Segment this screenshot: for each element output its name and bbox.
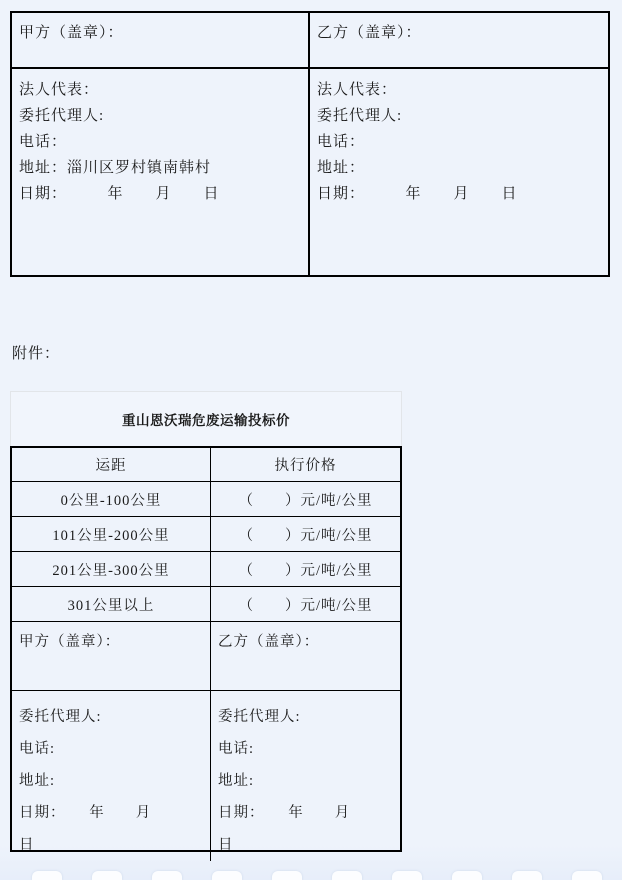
bid-row-distance: 201公里-300公里 bbox=[12, 552, 210, 587]
party-a-legal-rep: 法人代表： bbox=[19, 77, 302, 103]
bid-party-a-address: 地址: bbox=[19, 765, 204, 797]
keyboard-key-top[interactable] bbox=[512, 871, 542, 880]
bid-row-distance: 301公里以上 bbox=[12, 587, 210, 622]
keyboard-key-top[interactable] bbox=[212, 871, 242, 880]
party-b-phone: 电话： bbox=[317, 129, 602, 155]
party-b-details-cell: 法人代表： 委托代理人: 电话： 地址： 日期： 年 月 日 bbox=[310, 69, 608, 275]
keyboard-key-top[interactable] bbox=[452, 871, 482, 880]
party-b-legal-rep: 法人代表： bbox=[317, 77, 602, 103]
party-b-seal-cell: 乙方（盖章）： bbox=[310, 13, 608, 69]
bid-party-b-date: 日期： 年 月 日 bbox=[218, 797, 394, 861]
bid-row-distance: 0公里-100公里 bbox=[12, 482, 210, 517]
party-b-address: 地址： bbox=[317, 155, 602, 181]
party-a-seal-cell: 甲方（盖章）： bbox=[12, 13, 310, 69]
bid-party-a-phone: 电话: bbox=[19, 733, 204, 765]
keyboard-key-row bbox=[32, 871, 602, 880]
bid-col-header-distance: 运距 bbox=[12, 448, 210, 482]
bid-party-a-details-cell: 委托代理人: 电话: 地址: 日期： 年 月 日 bbox=[12, 691, 210, 861]
keyboard-key-top[interactable] bbox=[332, 871, 362, 880]
attachment-label: 附件： bbox=[12, 342, 60, 363]
party-a-address: 地址：淄川区罗村镇南韩村 bbox=[19, 155, 302, 181]
party-b-date: 日期： 年 月 日 bbox=[317, 181, 602, 207]
bid-party-a-date-wrap: 日 bbox=[19, 829, 204, 861]
bid-col-header-price: 执行价格 bbox=[210, 448, 400, 482]
bid-table-title: 重山恩沃瑞危废运输投标价 bbox=[10, 391, 402, 447]
party-a-seal-label: 甲方（盖章）： bbox=[19, 25, 124, 41]
bid-party-a-seal-label: 甲方（盖章）： bbox=[19, 634, 120, 650]
party-b-agent: 委托代理人: bbox=[317, 103, 602, 129]
keyboard-key-top[interactable] bbox=[92, 871, 122, 880]
bid-party-a-agent: 委托代理人: bbox=[19, 701, 204, 733]
bid-party-b-details-cell: 委托代理人: 电话: 地址: 日期： 年 月 日 bbox=[210, 691, 400, 861]
document-page: 甲方（盖章）： 乙方（盖章）： 法人代表： 委托代理人: 电话： 地址：淄川区罗… bbox=[0, 0, 622, 880]
bid-row-price: （ ）元/吨/公里 bbox=[210, 517, 400, 552]
bid-row-price: （ ）元/吨/公里 bbox=[210, 587, 400, 622]
bid-party-b-phone: 电话: bbox=[218, 733, 394, 765]
party-a-phone: 电话： bbox=[19, 129, 302, 155]
party-a-agent: 委托代理人: bbox=[19, 103, 302, 129]
party-a-details-cell: 法人代表： 委托代理人: 电话： 地址：淄川区罗村镇南韩村 日期： 年 月 日 bbox=[12, 69, 310, 275]
bid-party-a-seal-cell: 甲方（盖章）： bbox=[12, 622, 210, 691]
bid-party-b-seal-label: 乙方（盖章）： bbox=[218, 634, 319, 650]
bid-row-price: （ ）元/吨/公里 bbox=[210, 482, 400, 517]
party-a-date: 日期： 年 月 日 bbox=[19, 181, 302, 207]
keyboard-key-top[interactable] bbox=[152, 871, 182, 880]
keyboard-key-top[interactable] bbox=[572, 871, 602, 880]
keyboard-key-top[interactable] bbox=[272, 871, 302, 880]
keyboard-key-top[interactable] bbox=[32, 871, 62, 880]
bid-party-a-date: 日期： 年 月 bbox=[19, 797, 204, 829]
bid-row-distance: 101公里-200公里 bbox=[12, 517, 210, 552]
keyboard-key-top[interactable] bbox=[392, 871, 422, 880]
bid-row-price: （ ）元/吨/公里 bbox=[210, 552, 400, 587]
bid-party-b-agent: 委托代理人: bbox=[218, 701, 394, 733]
bid-party-b-seal-cell: 乙方（盖章）： bbox=[210, 622, 400, 691]
bid-party-b-address: 地址: bbox=[218, 765, 394, 797]
bid-table: 运距 执行价格 0公里-100公里 （ ）元/吨/公里 101公里-200公里 … bbox=[10, 446, 402, 852]
signature-table: 甲方（盖章）： 乙方（盖章）： 法人代表： 委托代理人: 电话： 地址：淄川区罗… bbox=[10, 11, 610, 277]
party-b-seal-label: 乙方（盖章）： bbox=[317, 25, 422, 41]
